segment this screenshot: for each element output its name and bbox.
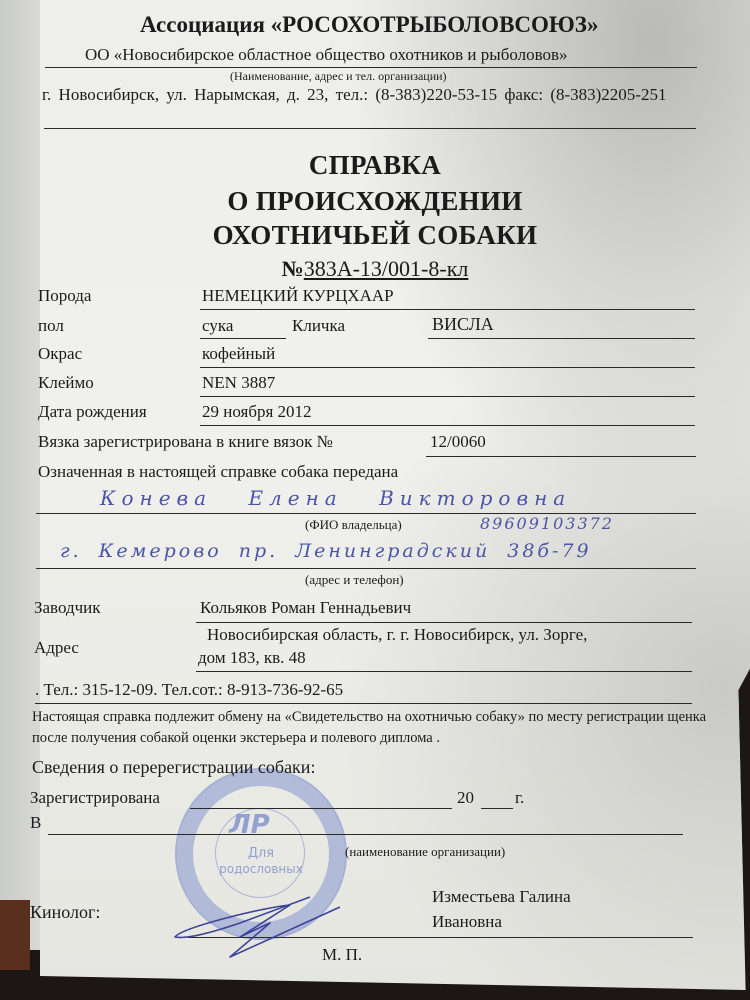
breeder-phones-rule <box>35 703 692 704</box>
header-rule <box>45 67 697 68</box>
doc-title-1: СПРАВКА <box>0 150 750 181</box>
breeder-address-label: Адрес <box>34 638 79 658</box>
doc-number-prefix: № <box>282 256 304 281</box>
organization-caption: (Наименование, адрес и тел. организации) <box>230 69 447 84</box>
brand-value: NEN 3887 <box>202 373 275 393</box>
brand-rule <box>200 396 695 397</box>
owner-name-caption: (ФИО владельца) <box>305 517 402 533</box>
sex-label: пол <box>38 316 64 336</box>
organization-name: ОО «Новосибирское областное общество охо… <box>85 45 568 65</box>
breeder-address-rule <box>196 671 692 672</box>
owner-name-handwritten: Конева Елена Викторовна <box>100 486 571 510</box>
registered-rule <box>190 808 452 809</box>
mating-rule <box>426 456 696 457</box>
owner-phone-handwritten: 89609103372 <box>480 514 614 533</box>
reregistration-heading: Сведения о перерегистрации собаки: <box>32 757 315 778</box>
address-rule <box>44 128 696 129</box>
background-table <box>0 900 30 970</box>
owner-address-caption: (адрес и телефон) <box>305 572 404 588</box>
name-value: ВИСЛА <box>432 314 494 335</box>
sex-rule <box>200 338 286 339</box>
mating-label: Вязка зарегистрирована в книге вязок № <box>38 432 333 452</box>
breeder-phones: . Тел.: 315-12-09. Тел.сот.: 8-913-736-9… <box>35 680 343 700</box>
name-rule <box>428 338 695 339</box>
year-rule <box>481 808 513 809</box>
mating-value: 12/0060 <box>430 432 486 452</box>
signature-scribble-icon <box>170 895 390 965</box>
owner-address-handwritten: г. Кемерово пр. Ленинградский 38б-79 <box>60 540 592 562</box>
org-rule <box>48 834 683 835</box>
notice-text: Настоящая справка подлежит обмену на «Св… <box>32 707 712 749</box>
stamp-logo-icon: ЛР <box>229 810 289 840</box>
sex-value: сука <box>202 316 233 336</box>
in-label: В <box>30 813 41 833</box>
stamp-text-1: Для <box>177 846 345 861</box>
brand-label: Клеймо <box>38 373 94 393</box>
cynologist-label: Кинолог: <box>30 902 100 923</box>
organization-address: г. Новосибирск, ул. Нарымская, д. 23, те… <box>42 84 702 105</box>
color-rule <box>200 367 695 368</box>
color-label: Окрас <box>38 344 82 364</box>
birth-rule <box>200 425 695 426</box>
color-value: кофейный <box>202 344 275 364</box>
birth-date-value: 29 ноября 2012 <box>202 402 312 422</box>
stamp-text-2: родословных <box>177 862 345 876</box>
year-suffix: г. <box>515 788 524 808</box>
cynologist-name-line1: Изместьева Галина <box>432 887 571 907</box>
name-label: Кличка <box>292 316 345 336</box>
registered-label: Зарегистрирована <box>30 788 160 808</box>
transfer-label: Означенная в настоящей справке собака пе… <box>38 462 398 482</box>
cynologist-name-line2: Ивановна <box>432 912 502 932</box>
breed-label: Порода <box>38 286 91 306</box>
breeder-rule <box>196 622 692 623</box>
breed-rule <box>200 309 695 310</box>
org-caption: (наименование организации) <box>345 844 505 860</box>
breeder-address-line2: дом 183, кв. 48 <box>198 648 306 668</box>
doc-title-2: О ПРОИСХОЖДЕНИИ <box>0 186 750 217</box>
breeder-address-line1: Новосибирская область, г. г. Новосибирск… <box>207 625 587 645</box>
owner-address-rule <box>36 568 696 569</box>
breeder-name: Кольяков Роман Геннадьевич <box>200 598 411 618</box>
birth-date-label: Дата рождения <box>38 402 147 422</box>
breeder-label: Заводчик <box>34 598 101 618</box>
doc-number: №383А-13/001-8-кл <box>0 256 750 282</box>
association-name: Ассоциация «РОСОХОТРЫБОЛОВСОЮЗ» <box>140 12 598 38</box>
year-prefix: 20 <box>457 788 474 808</box>
doc-title-3: ОХОТНИЧЬЕЙ СОБАКИ <box>0 220 750 251</box>
doc-number-value: 383А-13/001-8-кл <box>304 256 469 281</box>
breed-value: НЕМЕЦКИЙ КУРЦХААР <box>202 286 394 306</box>
